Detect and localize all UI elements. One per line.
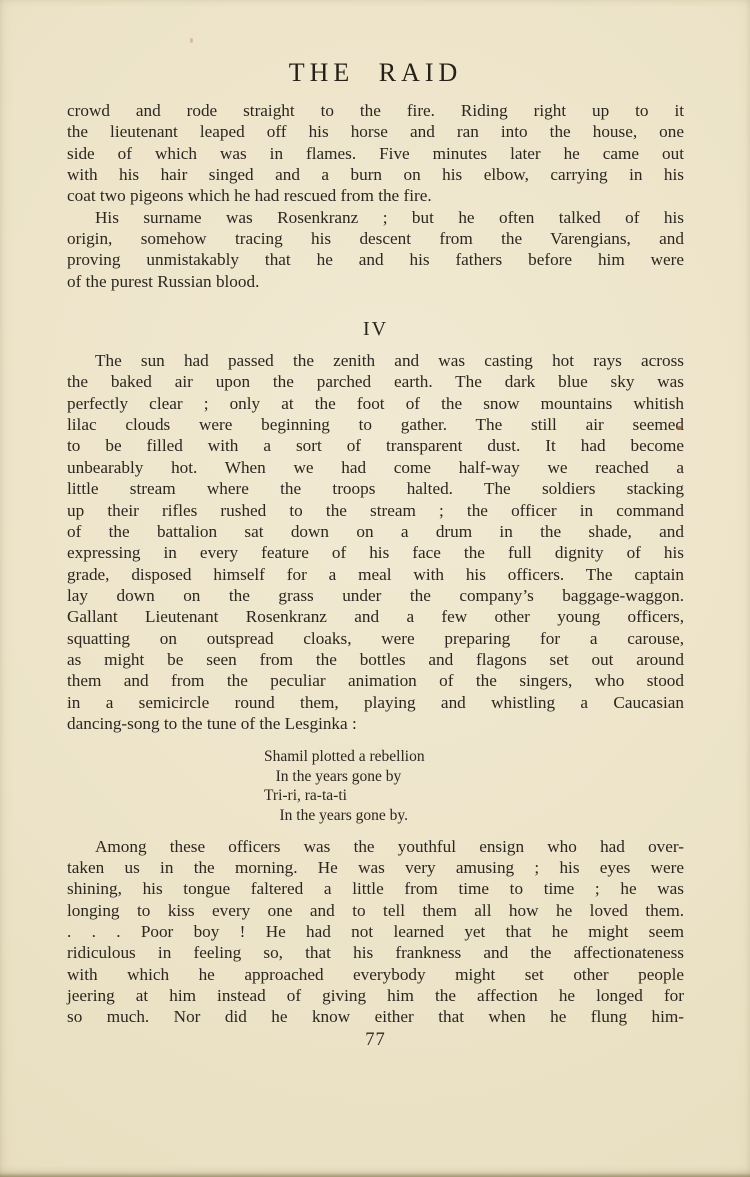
text-line: expressing in every feature of his face … <box>67 542 684 563</box>
text-line: of the purest Russian blood. <box>67 271 684 292</box>
text-line: the lieutenant leaped off his horse and … <box>67 121 684 142</box>
text-line: In the years gone by <box>264 767 684 787</box>
text-line: Shamil plotted a rebellion <box>264 747 684 767</box>
running-head-title: THE RAID <box>67 59 684 86</box>
text-line: proving unmistakably that he and his fat… <box>67 249 684 270</box>
text-line: unbearably hot. When we had come half-wa… <box>67 457 684 478</box>
text-line: ridiculous in feeling so, that his frank… <box>67 942 684 963</box>
paragraph: Among these officers was the youthful en… <box>67 836 684 1028</box>
book-page: THE RAID crowd and rode straight to the … <box>0 0 750 1177</box>
text-line: as might be seen from the bottles and fl… <box>67 649 684 670</box>
text-line: taken us in the morning. He was very amu… <box>67 857 684 878</box>
text-line: In the years gone by. <box>264 806 684 826</box>
text-line: jeering at him instead of giving him the… <box>67 985 684 1006</box>
text-line: Gallant Lieutenant Rosenkranz and a few … <box>67 606 684 627</box>
paragraph: The sun had passed the zenith and was ca… <box>67 350 684 734</box>
text-line: lilac clouds were beginning to gather. T… <box>67 414 684 435</box>
text-line: Among these officers was the youthful en… <box>67 836 684 857</box>
text-line: dancing-song to the tune of the Lesginka… <box>67 713 684 734</box>
text-line: with his hair singed and a burn on his e… <box>67 164 684 185</box>
text-line: in a semicircle round them, playing and … <box>67 692 684 713</box>
text-line: crowd and rode straight to the fire. Rid… <box>67 100 684 121</box>
text-line: little stream where the troops halted. T… <box>67 478 684 499</box>
text-line: squatting on outspread cloaks, were prep… <box>67 628 684 649</box>
text-line: with which he approached everybody might… <box>67 964 684 985</box>
text-line: up their rifles rushed to the stream ; t… <box>67 500 684 521</box>
text-line: Tri-ri, ra-ta-ti <box>264 786 684 806</box>
text-line: of the battalion sat down on a drum in t… <box>67 521 684 542</box>
text-line: origin, somehow tracing his descent from… <box>67 228 684 249</box>
text-line: lay down on the grass under the company’… <box>67 585 684 606</box>
text-line: . . . Poor boy ! He had not learned yet … <box>67 921 684 942</box>
text-line: the baked air upon the parched earth. Th… <box>67 371 684 392</box>
text-line: coat two pigeons which he had rescued fr… <box>67 185 684 206</box>
text-line: so much. Nor did he know either that whe… <box>67 1006 684 1027</box>
section-heading: IV <box>67 318 684 340</box>
text-line: longing to kiss every one and to tell th… <box>67 900 684 921</box>
verse-block: Shamil plotted a rebellion In the years … <box>67 747 684 825</box>
text-line: The sun had passed the zenith and was ca… <box>67 350 684 371</box>
text-column: THE RAID crowd and rode straight to the … <box>67 0 684 1051</box>
text-line: to be filled with a sort of transparent … <box>67 435 684 456</box>
text-line: His surname was Rosenkranz ; but he ofte… <box>67 207 684 228</box>
paragraph: His surname was Rosenkranz ; but he ofte… <box>67 207 684 292</box>
text-line: shining, his tongue faltered a little fr… <box>67 878 684 899</box>
text-line: perfectly clear ; only at the foot of th… <box>67 393 684 414</box>
paragraph: crowd and rode straight to the fire. Rid… <box>67 100 684 207</box>
text-line: them and from the peculiar animation of … <box>67 670 684 691</box>
text-line: grade, disposed himself for a meal with … <box>67 564 684 585</box>
page-number: 77 <box>67 1030 684 1051</box>
text-line: side of which was in flames. Five minute… <box>67 143 684 164</box>
page-bottom-edge-shadow <box>0 1173 750 1177</box>
